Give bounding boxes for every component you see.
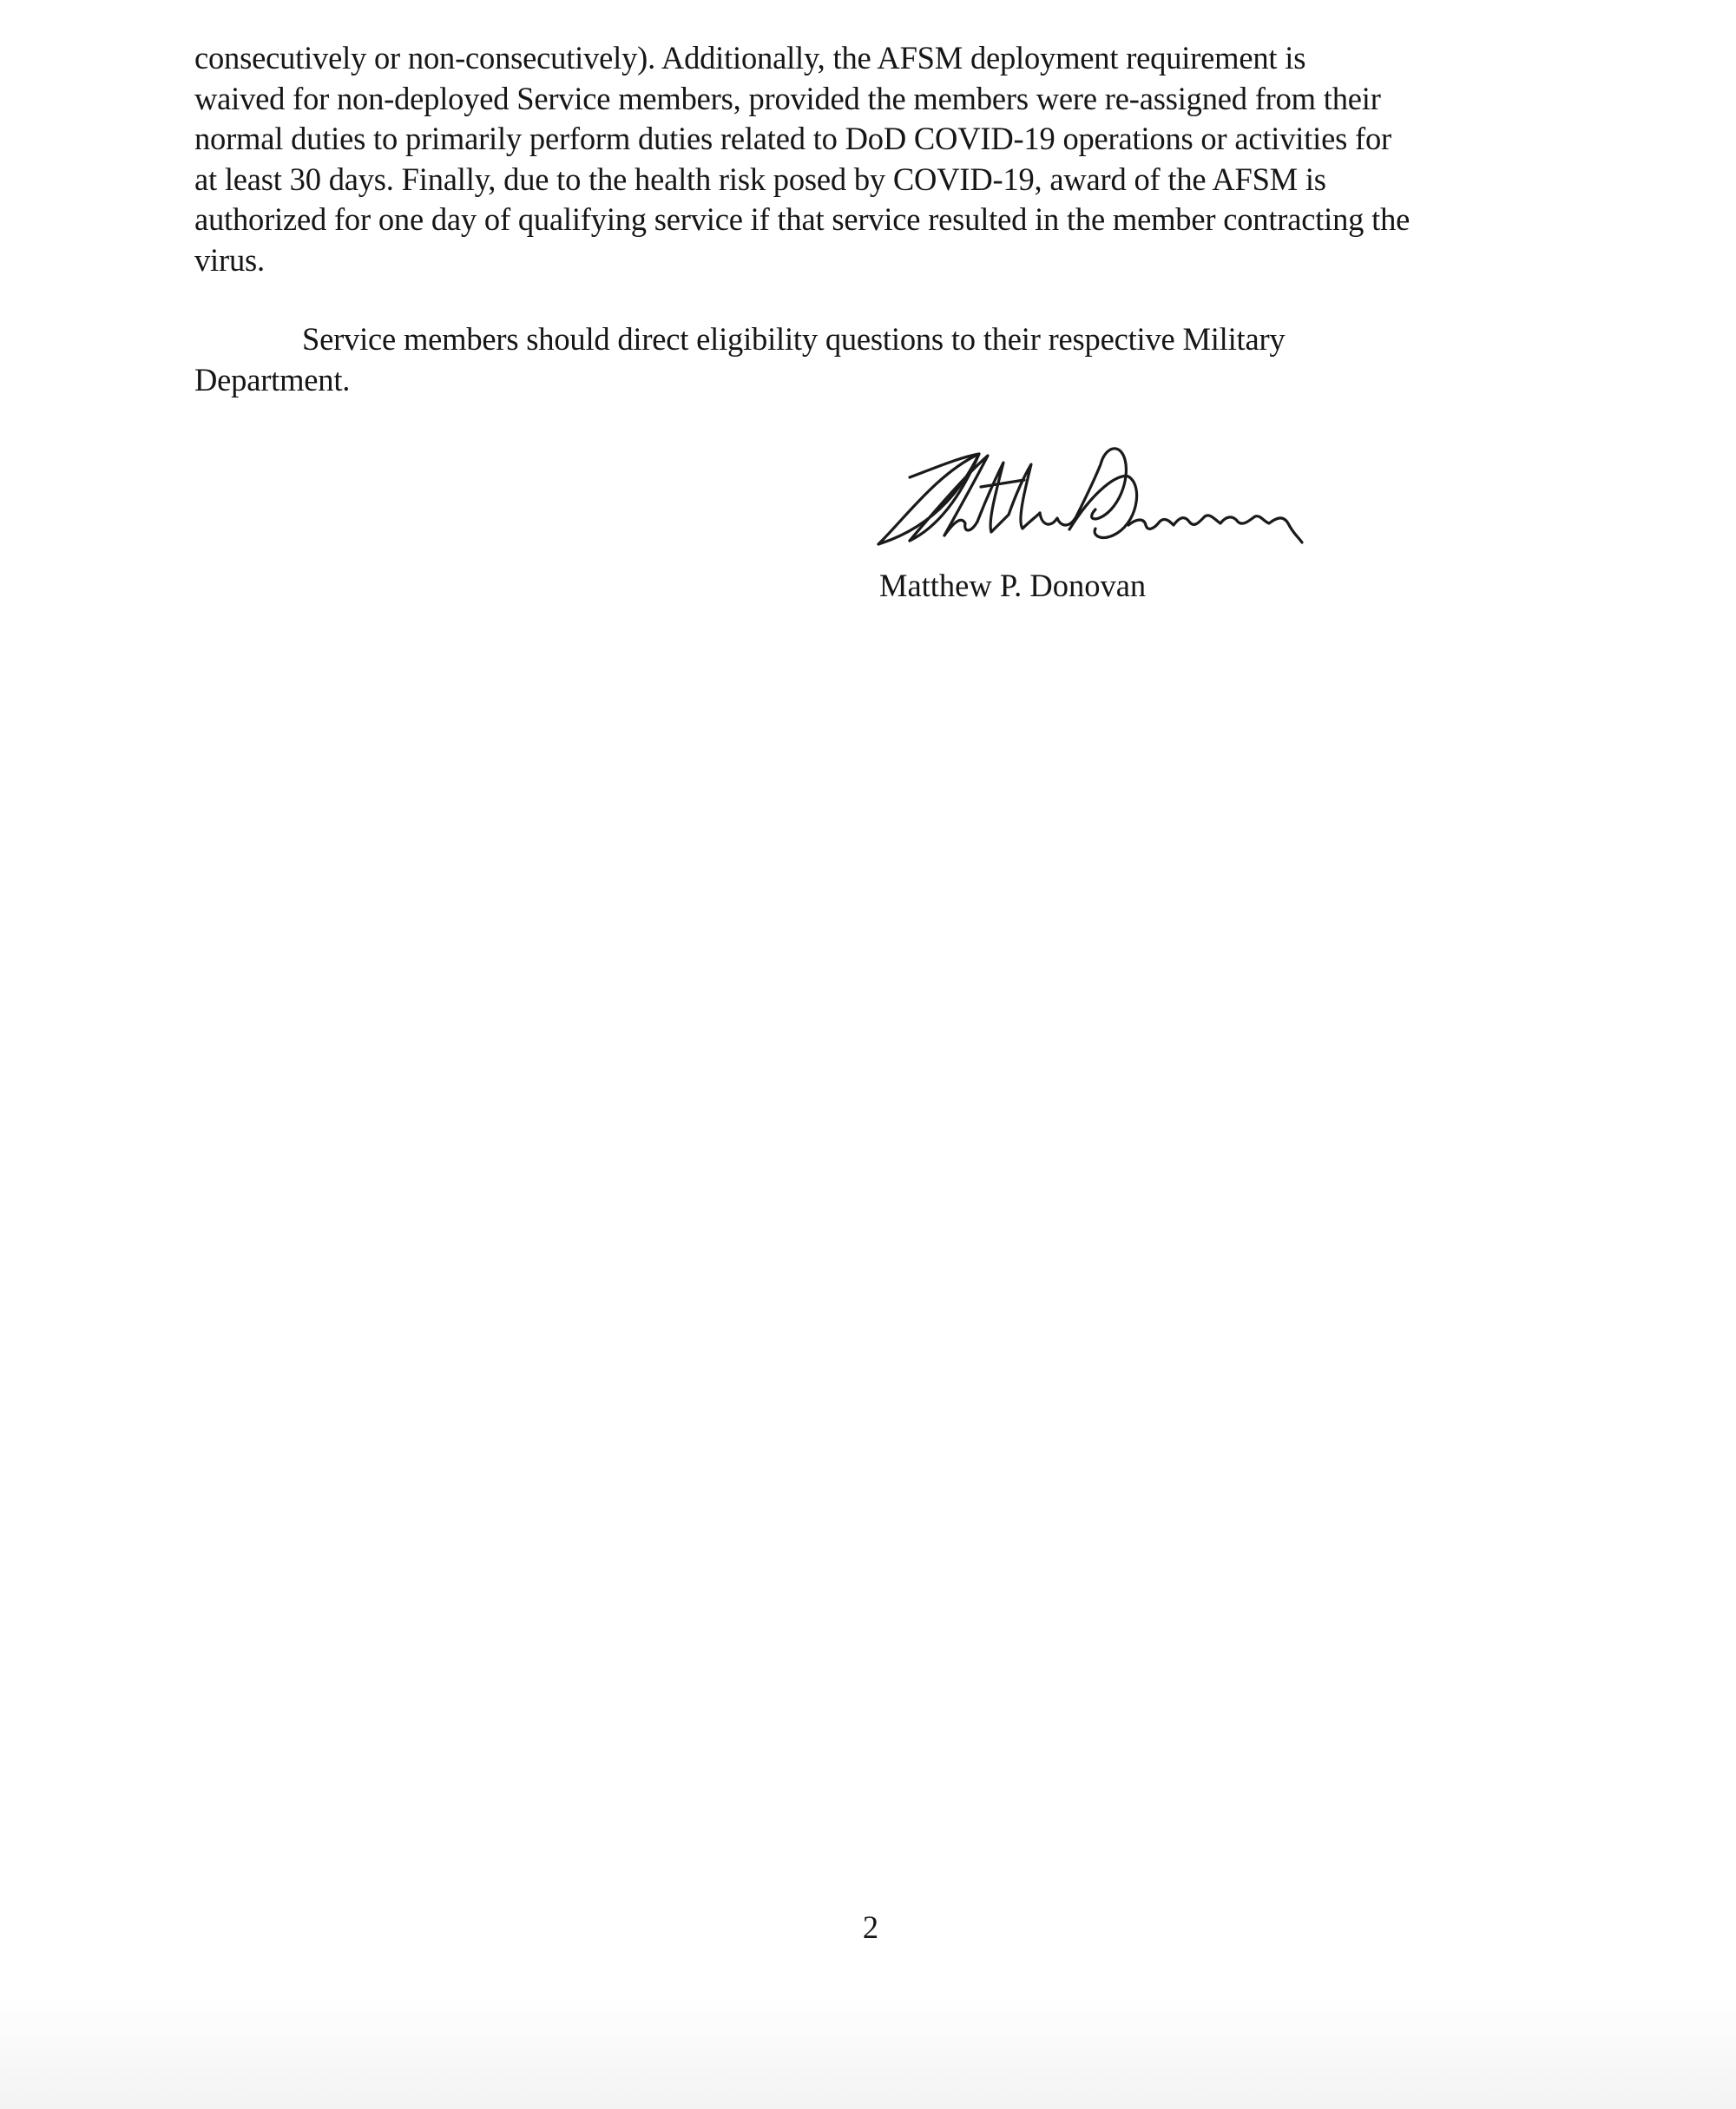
text-line: Service members should direct eligibilit…: [194, 319, 1583, 360]
page-number: 2: [0, 1908, 1736, 1948]
text-line: consecutively or non-consecutively). Add…: [194, 38, 1583, 79]
text-line: authorized for one day of qualifying ser…: [194, 200, 1583, 240]
paragraph-afsm-waiver: consecutively or non-consecutively). Add…: [194, 38, 1583, 280]
signature-icon: [868, 438, 1389, 555]
text-line: at least 30 days. Finally, due to the he…: [194, 160, 1583, 200]
text-line: normal duties to primarily perform dutie…: [194, 119, 1583, 160]
text-line: waived for non-deployed Service members,…: [194, 79, 1583, 120]
text-line: virus.: [194, 240, 1583, 281]
signer-name: Matthew P. Donovan: [879, 566, 1146, 606]
text-line: Department.: [194, 360, 1583, 401]
document-page: consecutively or non-consecutively). Add…: [0, 0, 1736, 2109]
paragraph-eligibility-questions: Service members should direct eligibilit…: [194, 319, 1583, 400]
